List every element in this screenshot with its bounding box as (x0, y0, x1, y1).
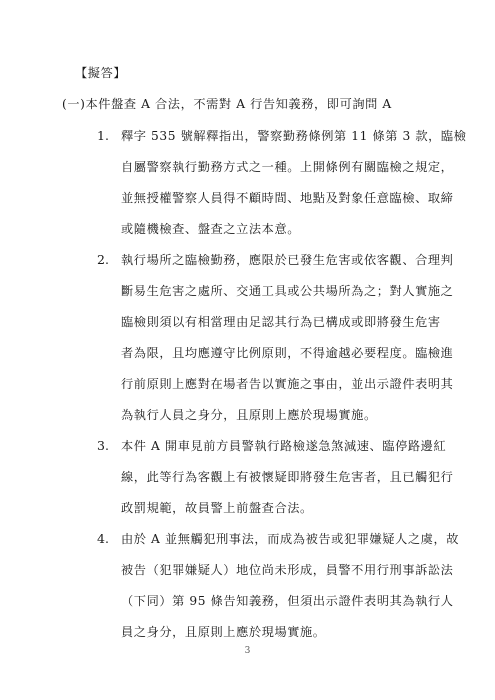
item-number: 4. (97, 531, 109, 547)
page-number: 3 (0, 646, 495, 656)
item-line: 者為限，且均應遵守比例原則，不得逾越必要程度。臨檢進 (121, 345, 453, 361)
item-line: （下同）第 95 條告知義務，但須出示證件表明其為執行人 (121, 593, 454, 609)
section-title: (一)本件盤查 A 合法，不需對 A 行告知義務，即可詢問 A (62, 96, 392, 112)
item-line: 斷易生危害之處所、交通工具或公共場所為之；對人實施之 (121, 283, 453, 299)
item-line: 釋字 535 號解釋指出，警察勤務條例第 11 條第 3 款，臨檢 (121, 128, 467, 144)
item-line: 由於 A 並無觸犯刑事法，而成為被告或犯罪嫌疑人之虞，故 (121, 531, 459, 547)
item-line: 為執行人員之身分，且原則上應於現場實施。 (121, 407, 377, 423)
item-number: 3. (97, 438, 109, 454)
item-line: 臨檢則須以有相當理由足認其行為已構成或即將發生危害 (121, 314, 441, 330)
item-line: 自屬警察執行勤務方式之一種。上開條例有關臨檢之規定， (121, 159, 453, 175)
item-line: 行前原則上應對在場者告以實施之事由，並出示證件表明其 (121, 376, 453, 392)
item-line: 執行場所之臨檢勤務，應限於已發生危害或依客觀、合理判 (121, 252, 453, 268)
item-number: 2. (97, 252, 109, 268)
item-line: 政罰規範，故員警上前盤查合法。 (121, 500, 313, 516)
item-line: 或隨機檢查、盤查之立法本意。 (121, 221, 300, 237)
item-line: 本件 A 開車見前方員警執行路檢遂急煞減速、臨停路邊紅 (121, 438, 446, 454)
item-line: 並無授權警察人員得不顧時間、地點及對象任意臨檢、取締 (121, 190, 453, 206)
item-line: 員之身分，且原則上應於現場實施。 (121, 624, 326, 640)
item-line: 被告（犯罪嫌疑人）地位尚未形成，員警不用行刑事訴訟法 (121, 562, 453, 578)
document-page: 【擬答】 (一)本件盤查 A 合法，不需對 A 行告知義務，即可詢問 A 1. … (0, 0, 495, 700)
item-line: 線，此等行為客觀上有被懷疑即將發生危害者，且已觸犯行 (121, 469, 453, 485)
item-number: 1. (97, 128, 109, 144)
answer-heading: 【擬答】 (75, 65, 126, 81)
